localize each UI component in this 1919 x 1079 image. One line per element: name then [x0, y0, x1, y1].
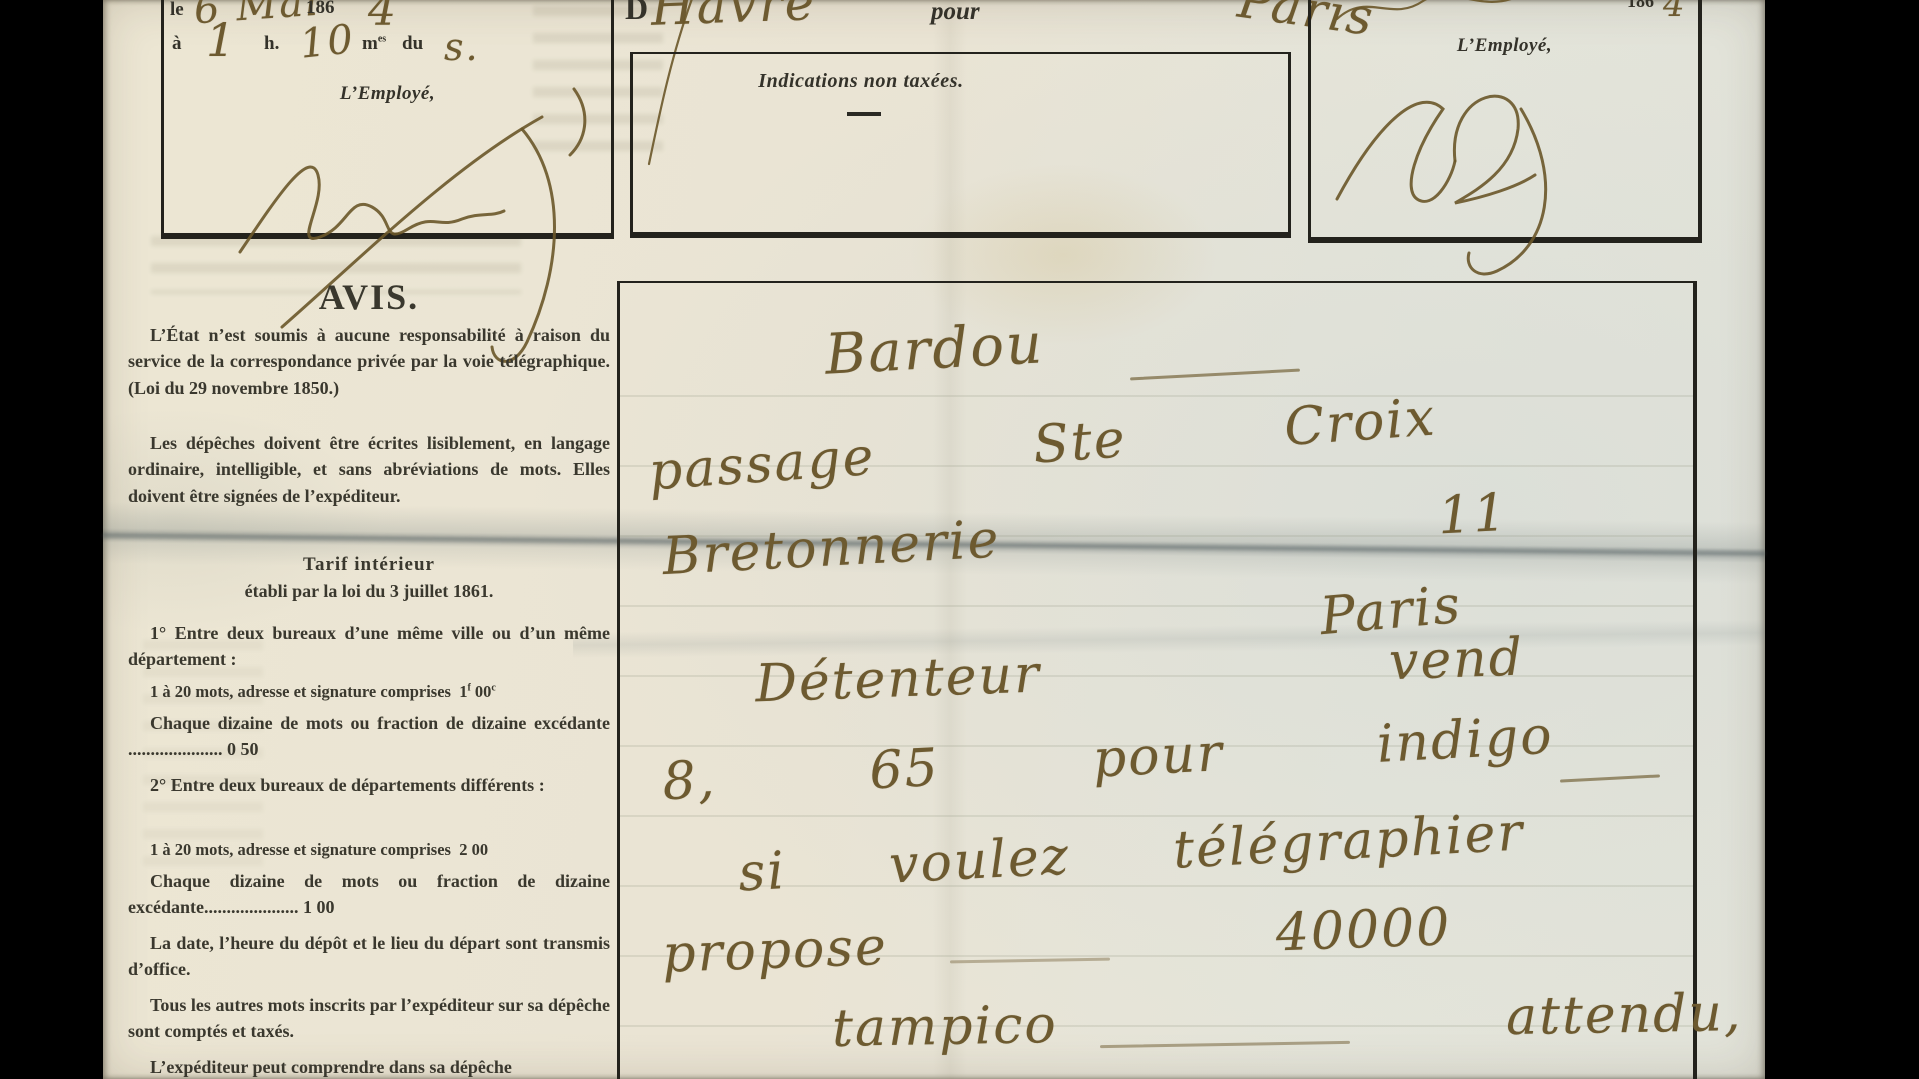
deposit-a-label: à: [172, 33, 182, 55]
deposit-year-digit-handwritten: 4: [368, 0, 398, 36]
message-line-body2: 8, 65 pour indigo: [661, 706, 1555, 813]
deposit-le-label: le: [170, 0, 184, 21]
telegram-message-box: Bardou passage Ste Croix Bretonnerie 11 …: [617, 281, 1697, 1079]
tarif-section2-line2: Chaque dizaine de mots ou fraction de di…: [128, 868, 610, 921]
scanned-telegram-document: le 6 Mai 186 4 à 1 h. 10 mes du s. L’Emp…: [0, 0, 1919, 1079]
tarif-heading: Tarif intérieur: [128, 554, 610, 576]
tarif-section1-line2-value: 0 50: [227, 739, 259, 759]
deposit-du-label: du: [402, 33, 423, 55]
handwriting-flourish-stroke: [1560, 774, 1660, 782]
tarif-section2-line1-value: 2 00: [459, 840, 488, 859]
message-line-body3: si voulez télégraphier: [737, 802, 1526, 903]
avis-paragraph-responsibility: L’État n’est soumis à aucune responsabil…: [128, 322, 610, 401]
deposit-hour-label: h.: [264, 33, 279, 55]
avis-title: AVIS.: [128, 276, 610, 318]
arrival-time-box: 186 4 L’Employé,: [1308, 0, 1702, 243]
deposit-time-box: le 6 Mai 186 4 à 1 h. 10 mes du s. L’Emp…: [161, 0, 614, 239]
tarif-section1-line1: 1 à 20 mots, adresse et signature compri…: [128, 680, 610, 703]
tarif-section1-line1-value: 1f 00c: [459, 682, 496, 701]
message-line-street: passage Ste Croix: [647, 388, 1438, 503]
arrival-employee-signature: [1325, 49, 1615, 279]
tarif-section1-heading: 1° Entre deux bureaux d’une même ville o…: [128, 620, 610, 673]
deposit-period-handwritten: s.: [444, 25, 480, 69]
handwriting-flourish-stroke: [1130, 369, 1300, 381]
route-pour-label: pour: [931, 0, 980, 26]
deposit-year-printed: 186: [306, 0, 335, 19]
tarif-section2-heading: 2° Entre deux bureaux de départements di…: [128, 772, 610, 798]
message-line-body5: tampico attendu,: [832, 983, 1743, 1059]
message-line-body1: Détenteur vend: [754, 628, 1525, 715]
deposit-minutes-handwritten: 10: [298, 16, 357, 67]
paper-sheet: le 6 Mai 186 4 à 1 h. 10 mes du s. L’Emp…: [103, 0, 1765, 1079]
tarif-section2-line1: 1 à 20 mots, adresse et signature compri…: [128, 838, 610, 861]
avis-paragraph-date-transmitted: La date, l’heure du dépôt et le lieu du …: [128, 930, 610, 983]
message-line-recipient: Bardou: [823, 311, 1045, 387]
message-line-street2: Bretonnerie 11: [661, 483, 1510, 587]
indications-box: Indications non taxées.: [630, 52, 1291, 238]
deposit-hour-handwritten: 1: [206, 13, 237, 67]
indications-divider-dash: [847, 112, 881, 116]
avis-paragraph-words-taxed: Tous les autres mots inscrits par l’expé…: [128, 992, 610, 1045]
avis-paragraph-legibility: Les dépêches doivent être écrites lisibl…: [128, 430, 610, 509]
avis-column: AVIS. L’État n’est soumis à aucune respo…: [128, 270, 610, 1079]
arrival-year-digit-handwritten: 4: [1663, 0, 1687, 25]
message-line-body4: propose 40000: [661, 897, 1452, 985]
tarif-subheading: établi par la loi du 3 juillet 1861.: [128, 581, 610, 602]
indications-label: Indications non taxées.: [633, 70, 1089, 93]
avis-paragraph-sender-may: L’expéditeur peut comprendre dans sa dép…: [128, 1054, 610, 1079]
arrival-year-printed: 186: [1627, 0, 1654, 12]
arrival-date-scrawl: [1331, 0, 1561, 31]
tarif-section2-line2-value: 1 00: [303, 897, 335, 917]
tarif-section1-line2: Chaque dizaine de mots ou fraction de di…: [128, 710, 610, 763]
deposit-minutes-label: mes: [362, 33, 386, 55]
